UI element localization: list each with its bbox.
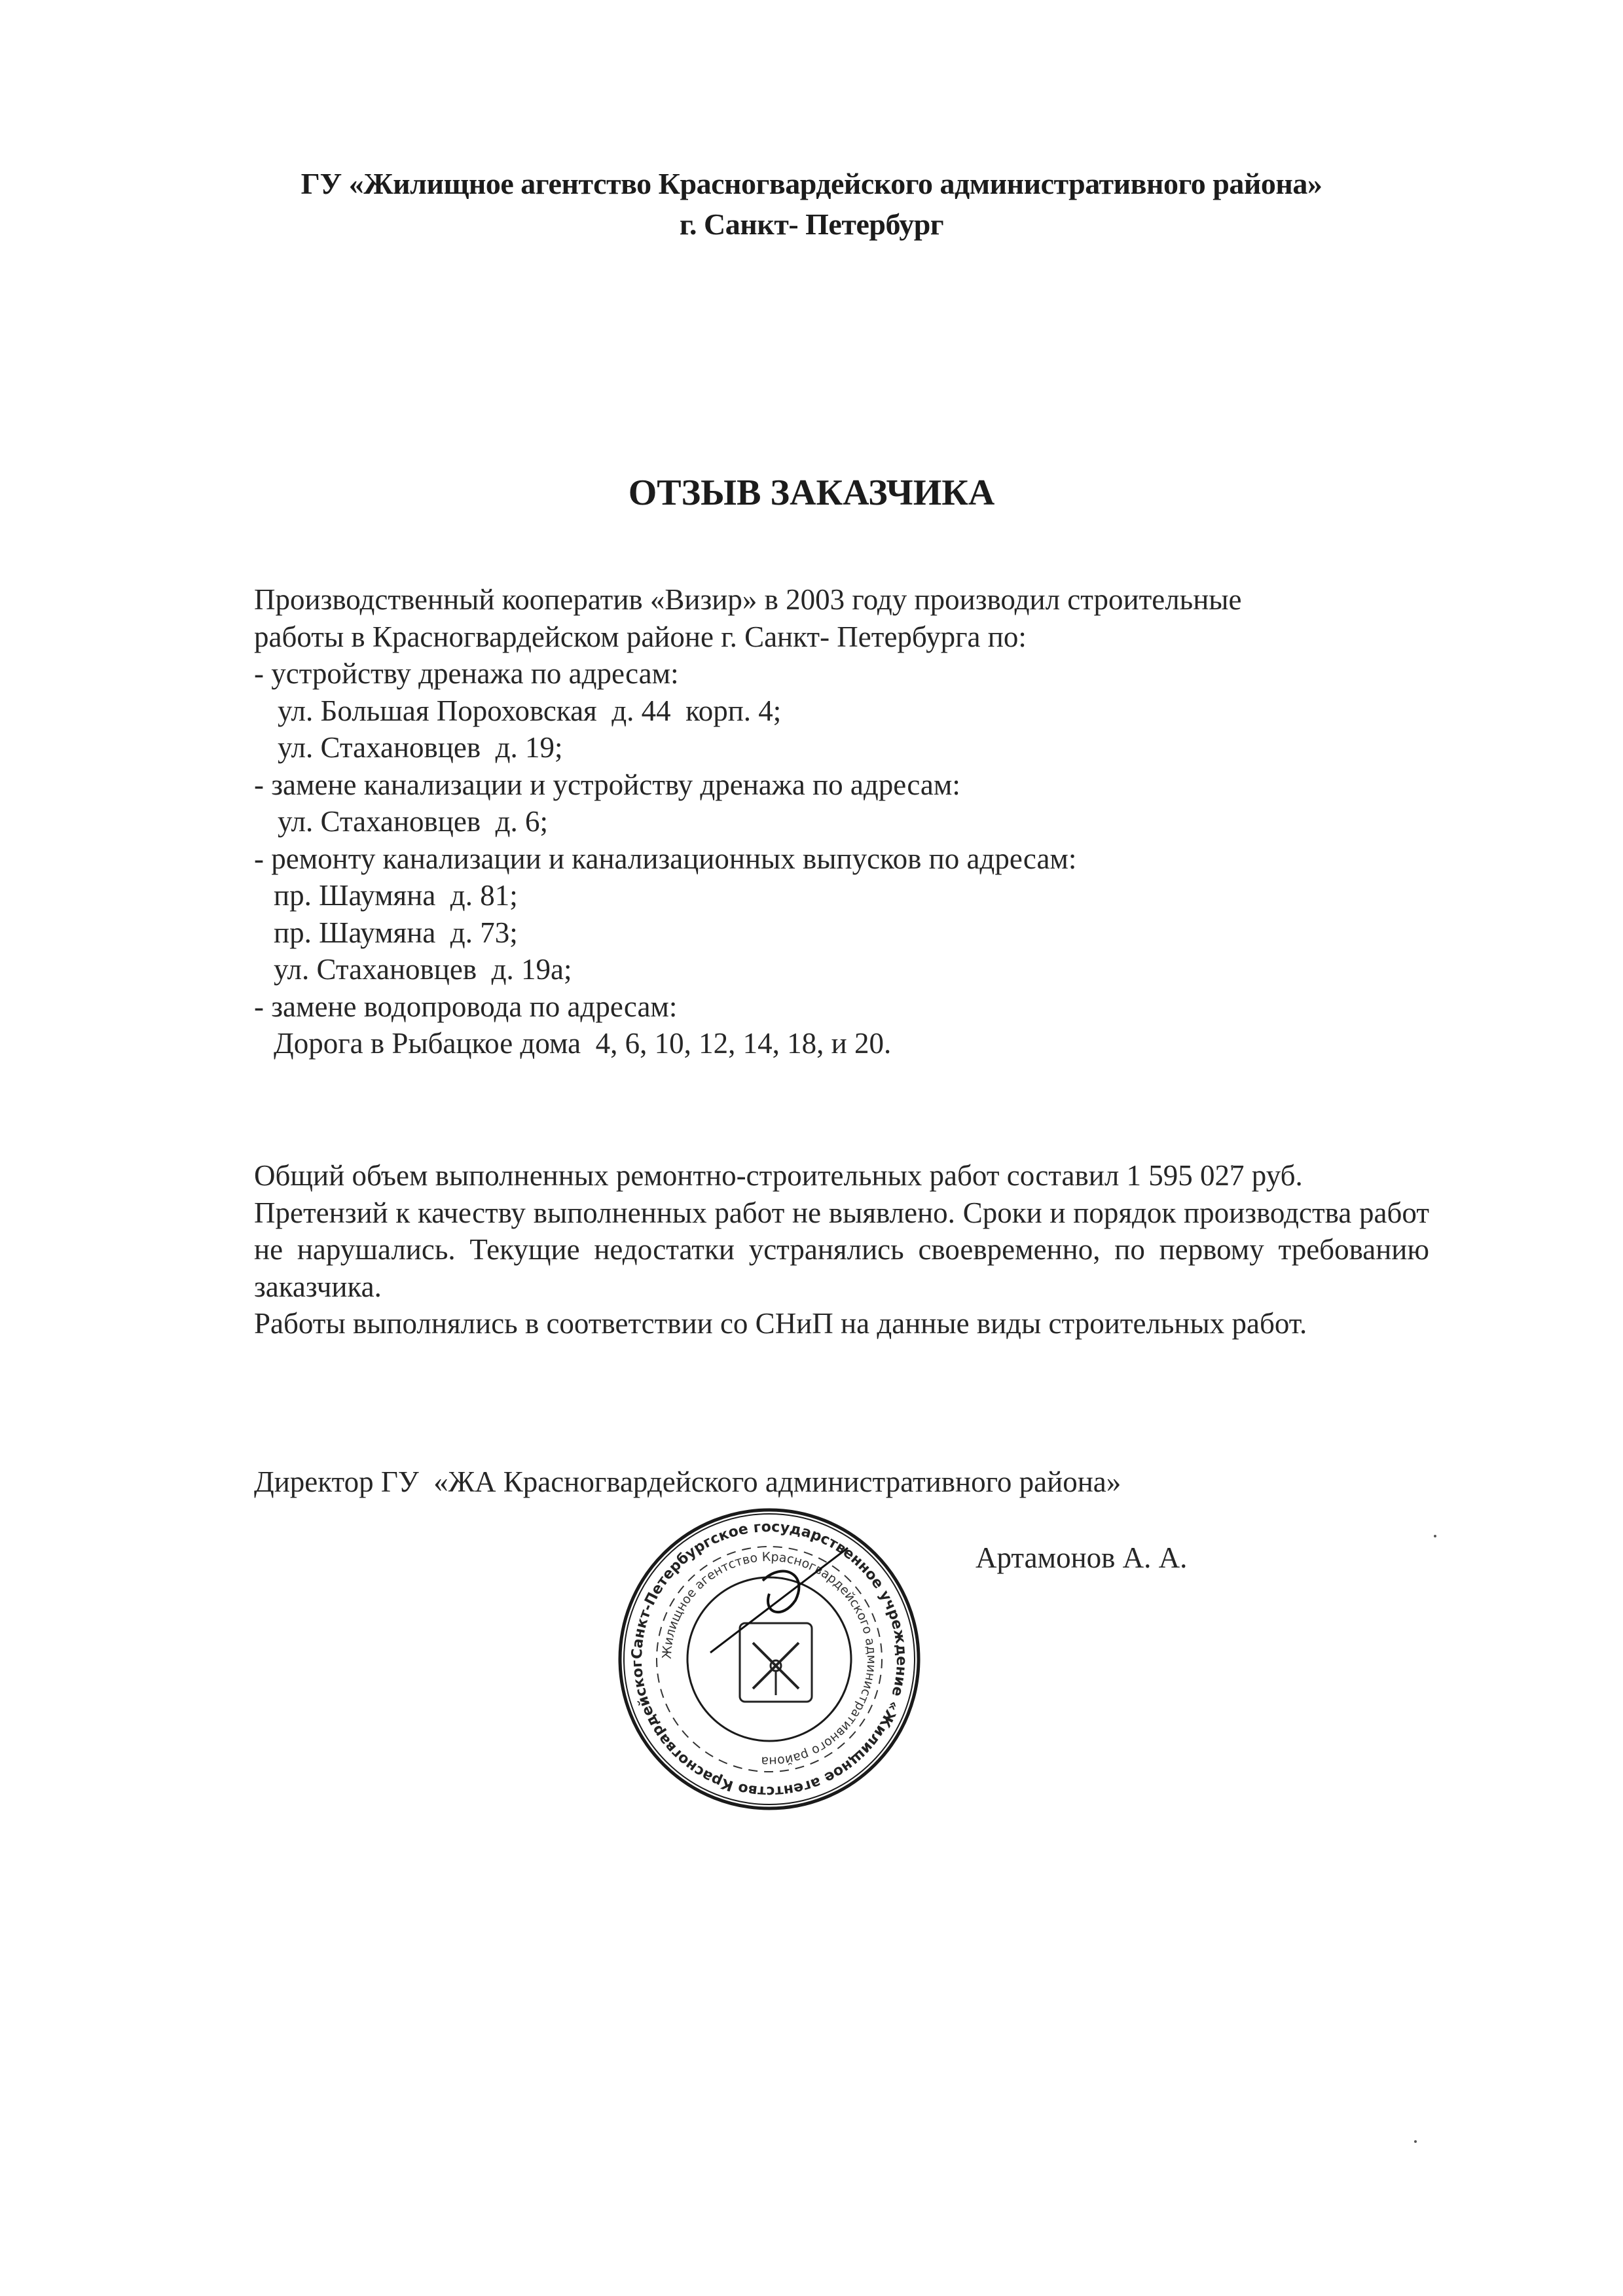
address-item: ул. Стахановцев д. 19а; (254, 951, 1432, 988)
document-title: ОТЗЫВ ЗАКАЗЧИКА (0, 470, 1623, 516)
scan-speck (1434, 1535, 1436, 1537)
work-item-drainage: - устройству дренажа по адресам: (254, 655, 1432, 692)
address-item: ул. Большая Пороховская д. 44 корп. 4; (254, 692, 1432, 730)
works-description: Производственный кооператив «Визир» в 20… (254, 581, 1432, 1062)
signatory-position: Директор ГУ «ЖА Красногвардейского админ… (254, 1463, 1121, 1500)
address-item: пр. Шаумяна д. 73; (254, 914, 1432, 952)
scan-speck (1414, 2140, 1417, 2143)
document-header: ГУ «Жилищное агентство Красногвардейског… (0, 164, 1623, 245)
address-item: пр. Шаумяна д. 81; (254, 877, 1432, 914)
address-item: Дорога в Рыбацкое дома 4, 6, 10, 12, 14,… (254, 1025, 1432, 1062)
organization-name: ГУ «Жилищное агентство Красногвардейског… (0, 164, 1623, 204)
work-item-water-supply: - замене водопровода по адресам: (254, 988, 1432, 1026)
total-amount-text: Общий объем выполненных ремонтно-строите… (254, 1157, 1429, 1194)
scan-speck (1231, 1165, 1233, 1168)
signatory-name: Артамонов А. А. (976, 1539, 1187, 1576)
summary-section: Общий объем выполненных ремонтно-строите… (254, 1157, 1429, 1342)
official-stamp-icon: Санкт-Петербургское государственное учре… (612, 1502, 926, 1816)
address-item: ул. Стахановцев д. 19; (254, 729, 1432, 766)
city-name: г. Санкт- Петербург (0, 204, 1623, 245)
compliance-statement: Работы выполнялись в соответствии со СНи… (254, 1305, 1429, 1342)
work-item-sewer-replacement: - замене канализации и устройству дренаж… (254, 766, 1432, 804)
work-item-sewer-repair: - ремонту канализации и канализационных … (254, 840, 1432, 878)
quality-statement: Претензий к качеству выполненных работ н… (254, 1194, 1429, 1306)
intro-line-1: Производственный кооператив «Визир» в 20… (254, 581, 1432, 619)
address-item: ул. Стахановцев д. 6; (254, 803, 1432, 840)
intro-line-2: работы в Красногвардейском районе г. Сан… (254, 619, 1432, 656)
